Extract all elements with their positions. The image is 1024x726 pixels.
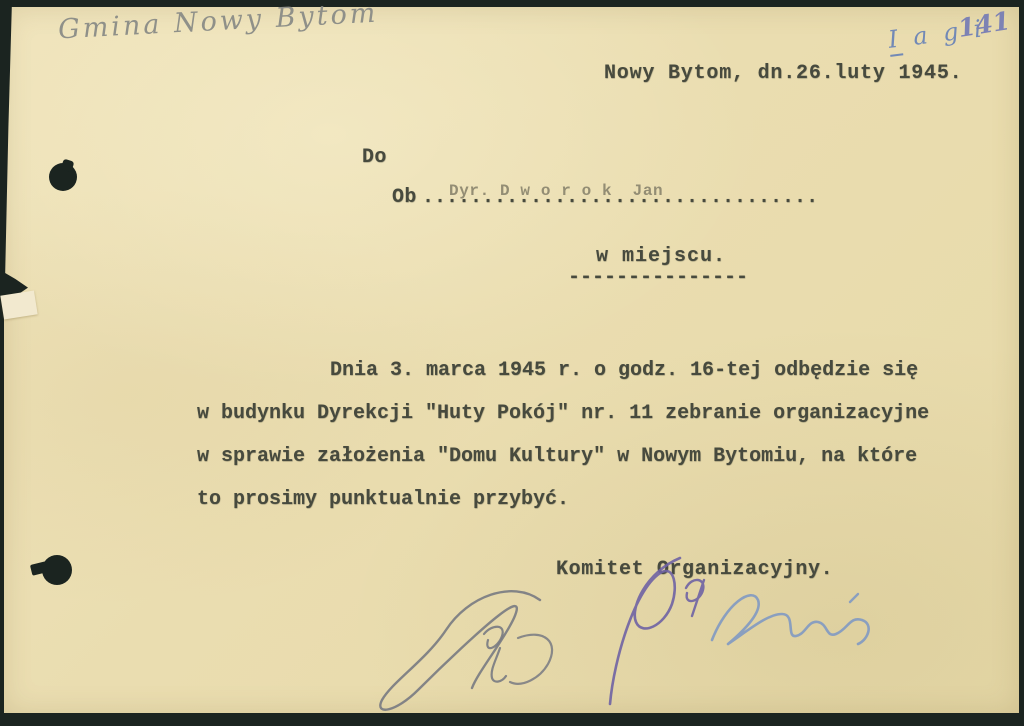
salutation: Do: [362, 146, 387, 169]
delivery-note-underline: ---------------: [568, 266, 748, 289]
letter-body: Dnia 3. marca 1945 r. o godz. 16-tej odb…: [197, 349, 937, 521]
signature-right: [700, 582, 885, 667]
body-line: to prosimy punktualnie przybyć.: [197, 478, 937, 521]
recipient-prefix: Ob: [392, 186, 417, 209]
document-scan: Gmina Nowy Bytom I a g i 141 Nowy Bytom,…: [0, 0, 1024, 726]
delivery-note: w miejscu.: [596, 245, 726, 268]
dateline: Nowy Bytom, dn.26.luty 1945.: [604, 62, 962, 85]
body-line: Dnia 3. marca 1945 r. o godz. 16-tej odb…: [197, 349, 937, 392]
body-line: w sprawie założenia "Domu Kultury" w Now…: [197, 435, 937, 478]
recipient-name: Dyr. D w o r o k Jan: [449, 182, 663, 200]
body-line: w budynku Dyrekcji "Huty Pokój" nr. 11 z…: [197, 392, 937, 435]
